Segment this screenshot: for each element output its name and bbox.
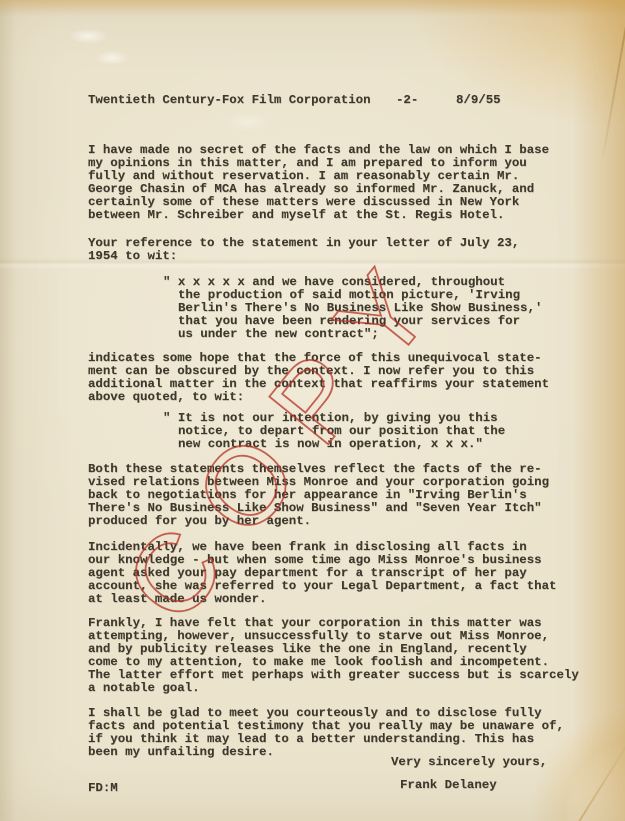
- paragraph-facts-and-law: I have made no secret of the facts and t…: [88, 144, 593, 222]
- letter-header: Twentieth Century-Fox Film Corporation -…: [0, 94, 625, 108]
- blockquote-contract-statement: " x x x x x and we have considered, thro…: [163, 276, 598, 341]
- signature-name: Frank Delaney: [400, 779, 497, 792]
- letter-page: Twentieth Century-Fox Film Corporation -…: [0, 0, 625, 821]
- paragraph-glad-to-meet: I shall be glad to meet you courteously …: [88, 707, 593, 759]
- paper-crease-top-right: [602, 9, 625, 157]
- page-number: -2-: [396, 94, 418, 107]
- paragraph-frankly: Frankly, I have felt that your corporati…: [88, 617, 593, 695]
- paragraph-indicates-hope: indicates some hope that the force of th…: [88, 352, 593, 404]
- paragraph-your-reference: Your reference to the statement in your …: [88, 237, 593, 263]
- company-name: Twentieth Century-Fox Film Corporation: [88, 94, 371, 107]
- paragraph-both-statements: Both these statements themselves reflect…: [88, 463, 593, 528]
- paragraph-incidentally: Incidentally, we have been frank in disc…: [88, 541, 593, 606]
- letter-date: 8/9/55: [456, 94, 501, 107]
- typist-initials: FD:M: [88, 782, 118, 795]
- blockquote-not-our-intention: " It is not our intention, by giving you…: [163, 412, 598, 451]
- closing-valediction: Very sincerely yours,: [391, 756, 547, 769]
